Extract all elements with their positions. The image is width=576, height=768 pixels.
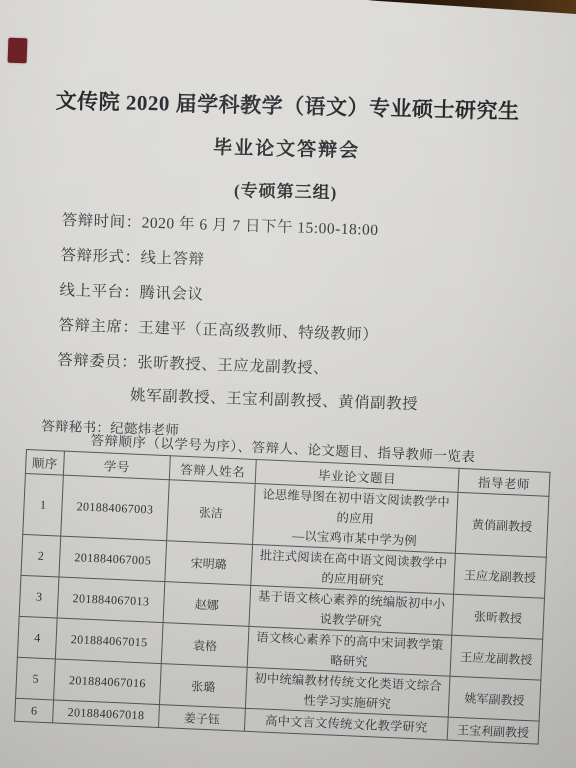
cell-order: 1 — [23, 473, 64, 536]
cell-student-id: 201884067015 — [55, 618, 163, 664]
document-title-line2: 毕业论文答辩会 — [0, 132, 575, 169]
cell-name: 姜子钰 — [158, 705, 245, 732]
cell-student-id: 201884067005 — [59, 536, 167, 582]
info-line: 姚军副教授、王宝利副教授、黄俏副教授 — [56, 383, 526, 419]
header-order: 顺序 — [25, 449, 64, 475]
document-title-block: 文传院 2020 届学科教学（语文）专业硕士研究生 毕业论文答辩会 (专硕第三组… — [0, 85, 576, 210]
cell-advisor: 王应龙副教授 — [450, 635, 543, 680]
schedule-table-block: 答辩顺序（以学号为序）、答辩人、论文题目、指导教师一览表 顺序 学号 答辩人姓名… — [14, 426, 556, 745]
info-line: 答辩委员：张昕教授、王应龙副教授、 — [57, 350, 527, 386]
cell-name: 赵娜 — [163, 582, 251, 627]
cell-student-id: 201884067018 — [53, 700, 160, 728]
cell-advisor: 王宝利副教授 — [447, 717, 539, 744]
info-value: 王建平（正高级教师、特级教师） — [138, 319, 378, 344]
cell-order: 2 — [21, 534, 61, 577]
cell-name: 张洁 — [167, 480, 256, 545]
info-value: 2020 年 6 月 7 日下午 15:00-18:00 — [141, 215, 378, 239]
cell-name: 袁格 — [161, 623, 249, 668]
cell-name: 张璐 — [159, 664, 247, 709]
defense-schedule-table: 顺序 学号 答辩人姓名 毕业论文题目 指导老师 1 201884067003 张… — [14, 449, 550, 745]
cell-order: 4 — [17, 616, 57, 659]
info-line: 线上平台：腾讯会议 — [59, 280, 529, 316]
info-label: 线上平台： — [59, 282, 140, 302]
cell-student-id: 201884067003 — [61, 475, 170, 541]
info-value: 张昕教授、王应龙副教授、 — [137, 354, 329, 377]
cell-order: 5 — [16, 657, 56, 700]
info-value: 姚军副教授、王宝利副教授、黄俏副教授 — [130, 387, 418, 413]
cell-order: 3 — [19, 575, 59, 618]
cell-name: 宋明璐 — [165, 541, 253, 586]
cell-advisor: 黄俏副教授 — [455, 492, 549, 557]
info-label: 答辩主席： — [58, 317, 139, 337]
defense-info-block: 答辩时间：2020 年 6 月 7 日下午 15:00-18:00 答辩形式：线… — [54, 210, 531, 466]
info-value: 线上答辩 — [140, 249, 205, 268]
cell-student-id: 201884067013 — [57, 577, 165, 623]
cell-advisor: 张昕教授 — [452, 594, 545, 639]
cell-thesis-title: 论思维导图在初中语文阅读教学中的应用 —以宝鸡市某中学为例 — [253, 484, 458, 554]
info-line: 答辩主席：王建平（正高级教师、特级教师） — [58, 315, 528, 351]
info-line: 答辩形式：线上答辩 — [60, 245, 530, 281]
cell-order: 6 — [15, 698, 54, 723]
cell-student-id: 201884067016 — [54, 659, 162, 705]
info-value: 腾讯会议 — [139, 284, 204, 303]
cell-advisor: 王应龙副教授 — [454, 553, 547, 598]
red-sticker-mark — [8, 38, 28, 64]
info-label: 答辩委员： — [57, 352, 138, 372]
info-label: 答辩形式： — [60, 247, 141, 267]
cell-advisor: 姚军副教授 — [448, 676, 541, 721]
info-label: 答辩时间： — [61, 212, 142, 232]
